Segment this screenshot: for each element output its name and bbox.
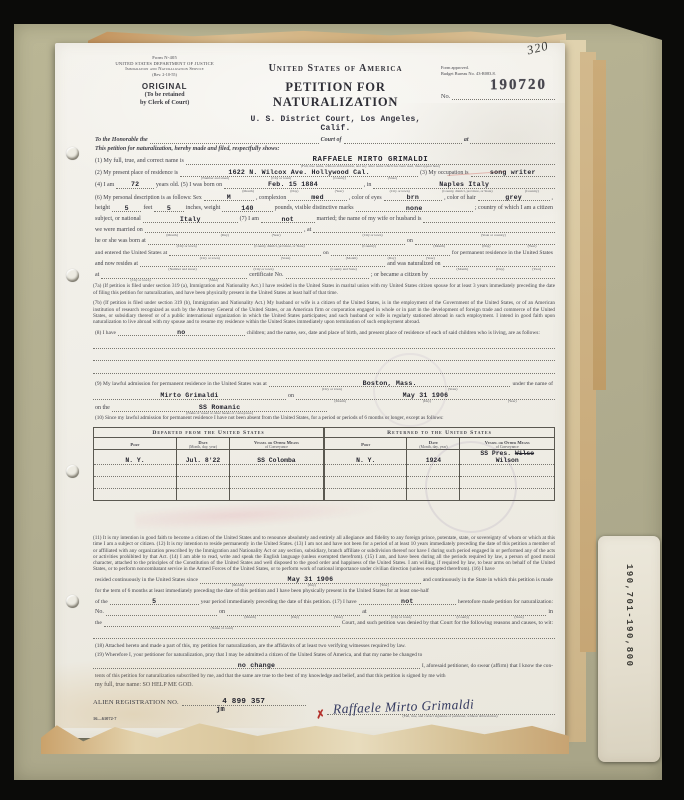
entry-field [423, 217, 555, 223]
typed-value: grey [505, 194, 522, 202]
form-line: of the5year period immediately preceding… [93, 598, 555, 606]
form-line: (9) My lawful admission for permanent re… [93, 380, 555, 388]
entry-field: (City or town)(County)(State) [369, 610, 547, 616]
line-label: on [321, 250, 331, 257]
line-label: at [93, 272, 101, 279]
table-cell [94, 489, 177, 501]
header-right-block: Form approved. Budget Bureau No. 43-R083… [435, 51, 555, 100]
entry-field [150, 138, 319, 144]
form-line: subject, or nationalItaly(7) I amnotmarr… [93, 216, 555, 224]
entry-field [286, 273, 369, 279]
entry-sublabels: (City or town)(State or country) [313, 233, 555, 237]
typed-value: 5 [152, 598, 156, 606]
alien-registration-label: ALIEN REGISTRATION NO. [93, 699, 179, 706]
line-label: certificate No. [247, 272, 285, 279]
line-label: This petition for naturalization, hereby… [93, 146, 282, 153]
form-line [93, 633, 555, 639]
entry-sublabels: (City or town)(County)(State) [369, 615, 547, 619]
form-line: and entered the United States at(City or… [93, 250, 555, 257]
line-label: pounds, visible distinctive marks [273, 205, 356, 212]
line-label: (4) I am [93, 182, 116, 189]
form-line: No.on(Month)(Day)(Year)at(City or town)(… [93, 609, 555, 616]
entry-field [93, 633, 555, 639]
line-label: , in [362, 182, 374, 189]
entry-sublabels: (Month)(Day)(Year) [200, 583, 421, 587]
typed-value: song writer [490, 169, 536, 177]
form-line: he or she was born at(City or town)(Coun… [93, 238, 555, 245]
typed-value: not [401, 598, 413, 606]
entry-field: SS Romanic(Name of vessel or other means… [112, 404, 328, 412]
entry-field: no change [93, 662, 420, 670]
line-label: (2) My present place of residence is [93, 170, 180, 177]
table-cell [176, 489, 229, 501]
petition-lines-3: (9) My lawful admission for permanent re… [93, 380, 555, 422]
form-line: (1) My full, true, and correct name isRA… [93, 156, 555, 165]
entry-field: 5 [112, 205, 141, 213]
table-cell [94, 465, 177, 477]
signature-block: ✗ Raffaele Mirto Grimaldi (Full, true, a… [306, 708, 555, 721]
alien-registration-entry: 4 899 357 [182, 698, 306, 706]
entry-sublabels: (City or town)(County, district, provinc… [148, 244, 405, 248]
entry-field: Boston, Mass.(City or town)(State) [269, 380, 511, 388]
line-label: Court of [319, 137, 344, 144]
line-label: on the [93, 405, 112, 412]
typed-value: med [311, 194, 323, 202]
entry-field: (City or town)(County, district, provinc… [148, 239, 405, 245]
typed-value: 72 [131, 181, 139, 189]
form-line: no changeI, aforesaid petitioner, do swe… [93, 662, 555, 670]
table-cell: Jul. 8'22 [176, 450, 229, 465]
entry-sublabels: (City or town)(State) [269, 387, 511, 391]
entry-field: Naples Italy(City or town)(County, distr… [373, 181, 555, 189]
typed-value: none [406, 205, 423, 213]
table-cell: N. Y. [94, 450, 177, 465]
line-label: he or she was born at [93, 238, 148, 245]
entry-sublabels: (Number and street)(City or town)(County… [180, 176, 418, 180]
entry-field: (Month)(Day)(Year) [331, 250, 450, 256]
entry-field: not [261, 216, 315, 224]
entry-field: no [118, 329, 245, 337]
form-line: (18) Attached hereto and made a part of … [93, 643, 555, 649]
petition-page: 320 Form N-405 UNITED STATES DEPARTMENT … [55, 43, 565, 738]
table-cell [176, 465, 229, 477]
original-label: ORIGINAL [93, 82, 236, 91]
form-line: (4) I am72years old. (5) I was born onFe… [93, 181, 555, 189]
entry-field: 5 [154, 205, 183, 213]
line-label: (9) My lawful admission for permanent re… [93, 381, 269, 387]
typed-value: 5 [125, 205, 129, 213]
table-cell: N. Y. [324, 450, 407, 465]
entry-field: song writer [471, 169, 555, 177]
form-line [93, 368, 555, 374]
line-label: years old. (5) I was born on [154, 182, 224, 189]
line-label: and entered the United States at [93, 250, 169, 257]
entry-field: Mirto Grimaldi [93, 392, 286, 400]
petition-lines-2: (8) I havenochildren; and the name, sex,… [93, 329, 555, 374]
entry-sublabels: (Name of vessel or other means of convey… [112, 411, 328, 415]
petition-number-stamp: 190720 [490, 77, 547, 94]
retained-note-line2: by Clerk of Court) [93, 99, 236, 106]
line-label: resided continuously in the United State… [93, 577, 200, 583]
form-line: Mirto GrimaldionMay 31 1906(Month)(Day)(… [93, 392, 555, 400]
punch-hole [66, 147, 79, 160]
country-heading: United States of America [236, 63, 435, 74]
entry-sublabels: (Full, true name, without abbreviation, … [186, 164, 555, 168]
line-label: , complexion [254, 195, 288, 202]
line-label: I, aforesaid petitioner, do swear (affir… [420, 663, 555, 669]
paragraph-11-16: (11) It is my intention in good faith to… [93, 535, 555, 572]
retained-note-line1: (To be retained [93, 91, 236, 98]
line-label: feet [141, 205, 154, 212]
line-label: , at [302, 227, 313, 234]
table-cell [229, 465, 324, 477]
form-line: (6) My personal description is as follow… [93, 194, 555, 202]
entry-sublabels: (Month)(Day)(Year) [224, 189, 362, 193]
typed-value: no change [238, 662, 275, 670]
entry-field: grey [478, 194, 550, 202]
entry-field: (City or town)(State) [169, 250, 321, 256]
typed-value: Mirto Grimaldi [160, 392, 218, 400]
entry-sublabels: (Month)(Day)(Year) [415, 244, 555, 248]
entry-field: Feb. 15 1884(Month)(Day)(Year) [224, 181, 362, 189]
line-label: of the [93, 599, 110, 605]
punch-hole [66, 595, 79, 608]
clerk-initials: jm [157, 706, 285, 714]
entry-field: (Name of court) [104, 621, 340, 627]
typed-value: Italy [180, 216, 201, 224]
entry-field: M [204, 194, 254, 202]
aged-paper-stack-right-edge [593, 60, 606, 390]
form-line: (2) My present place of residence is1622… [93, 169, 555, 177]
line-label: (8) I have [93, 330, 118, 336]
entry-field: 140 [222, 205, 272, 213]
line-label: (1) My full, true, and correct name is [93, 158, 186, 165]
table-cell [324, 477, 407, 489]
typed-value: 5 [167, 205, 171, 213]
punch-hole [66, 269, 79, 282]
form-line: for the term of 6 months at least immedi… [93, 588, 555, 594]
line-label: To the Honorable the [93, 137, 150, 144]
entry-sublabels: (City or town)(State) [169, 256, 321, 260]
signature-footer: ALIEN REGISTRATION NO. 4 899 357 jm 16—6… [93, 698, 555, 721]
entry-field: (Month)(Day)(Year) [145, 227, 302, 233]
line-label: for permanent residence in the United St… [450, 250, 555, 257]
table-cell [176, 477, 229, 489]
entry-field: (Month)(Day)(Year) [415, 239, 555, 245]
entry-sublabels: (Month)(Day)(Year) [296, 399, 555, 403]
typed-value: not [281, 216, 293, 224]
table-column-header: Date(Month, day, year) [176, 438, 229, 450]
line-label: we were married on [93, 227, 145, 234]
index-tab-range-label: 190,701-190,800 [624, 564, 634, 668]
table-cell [94, 477, 177, 489]
table-section-header: Returned to the United States [324, 428, 555, 438]
table-column-header: Port [94, 438, 177, 450]
entry-field [93, 355, 555, 361]
signature-sublabel: (Full, true, and correct signature of pe… [350, 714, 551, 718]
line-label: heretofore made petition for naturalizat… [456, 599, 555, 605]
line-label: (7) I am [238, 216, 261, 223]
table-section-header: Departed from the United States [94, 428, 324, 438]
entry-field: (Month)(Day)(Year) [227, 610, 360, 616]
alien-registration-number: 4 899 357 [222, 698, 265, 706]
entry-field: (Number and street)(City or town)(County… [140, 261, 385, 267]
entry-field: none [356, 205, 473, 213]
revision-note: (Rev. 2-10-55) [93, 72, 236, 77]
line-label: and was naturalized on [385, 261, 442, 268]
entry-sublabels: (City or town)(State) [101, 278, 247, 282]
entry-field: 72 [116, 181, 154, 189]
table-column-header: Port [324, 438, 407, 450]
line-label: year period immediately preceding the da… [199, 599, 359, 605]
entry-field: (Month)(Day)(Year) [443, 261, 555, 267]
line-label: ; or became a citizen by [369, 272, 430, 279]
line-label: in [546, 609, 555, 616]
entry-field [470, 138, 555, 144]
line-label: subject, or national [93, 216, 143, 223]
header-left-block: Form N-405 UNITED STATES DEPARTMENT OF J… [93, 51, 236, 106]
entry-field: Italy [143, 216, 238, 224]
signature-line: Raffaele Mirto Grimaldi (Full, true, and… [327, 710, 555, 715]
line-label: children; and the name, sex, date and pl… [245, 330, 542, 336]
form-line: the(Name of court)Court, and such petiti… [93, 620, 555, 626]
form-line [93, 355, 555, 361]
line-label: on [217, 609, 227, 616]
entry-field: 5 [110, 598, 199, 606]
paragraph-7a: (7a) (If petition is filed under section… [93, 283, 555, 295]
form-line: on theSS Romanic(Name of vessel or other… [93, 404, 555, 412]
line-label: for the term of 6 months at least immedi… [93, 588, 431, 594]
no-label: No. [441, 93, 450, 100]
line-label: , color of eyes [347, 195, 384, 202]
red-x-mark: ✗ [314, 707, 325, 721]
punch-hole [66, 465, 79, 478]
line-label: Court, and such petition was denied by t… [340, 620, 555, 626]
form-line: resided continuously in the United State… [93, 576, 555, 584]
line-label: inches, weight [184, 205, 223, 212]
line-label: No. [93, 609, 106, 616]
line-label: (6) My personal description is as follow… [93, 195, 204, 202]
form-line: and now resides at(Number and street)(Ci… [93, 261, 555, 268]
entry-field [106, 610, 217, 616]
entry-sublabels: (Month)(Day)(Year) [227, 615, 360, 619]
entry-sublabels: (Name of court) [104, 626, 340, 630]
line-label: on [286, 393, 296, 400]
form-line: (8) I havenochildren; and the name, sex,… [93, 329, 555, 337]
entry-field: 1622 N. Wilcox Ave. Hollywood Cal.(Numbe… [180, 169, 418, 177]
line-label: under the name of [510, 381, 555, 387]
form-line [93, 343, 555, 349]
typed-value: 140 [241, 205, 253, 213]
document-scan: { "colors":{"paper":"#f2f0e9","folder":"… [0, 0, 684, 800]
entry-field [430, 273, 555, 279]
table-cell [229, 477, 324, 489]
entry-field: May 31 1906(Month)(Day)(Year) [296, 392, 555, 400]
entry-field [93, 343, 555, 349]
entry-sublabels: (Month)(Day)(Year) [145, 233, 302, 237]
entry-sublabels: (Month)(Day)(Year) [443, 267, 555, 271]
form-line: at(City or town)(State)certificate No.; … [93, 272, 555, 279]
form-approved-line2: Budget Bureau No. 43-R083.8. [441, 71, 555, 77]
form-line: (10) Since my lawful admission for perma… [93, 416, 555, 422]
entry-field [344, 138, 462, 144]
alien-registration-block: ALIEN REGISTRATION NO. 4 899 357 jm 16—6… [93, 698, 306, 721]
table-cell: SS Colomba [229, 450, 324, 465]
line-label: on [405, 238, 415, 245]
entry-field: (City or town)(State) [101, 273, 247, 279]
entry-sublabels: (Month)(Day)(Year) [331, 256, 450, 260]
entry-field: RAFFAELE MIRTO GRIMALDI(Full, true name,… [186, 156, 555, 165]
index-tab: 190,701-190,800 [598, 536, 660, 762]
entry-field: May 31 1906(Month)(Day)(Year) [200, 576, 421, 584]
entry-sublabels: (City or town)(County, district, provinc… [373, 189, 555, 193]
entry-sublabels: (Number and street)(City or town)(County… [140, 267, 385, 271]
ghost-stamp-circle [425, 441, 517, 533]
entry-field: brn [384, 194, 443, 202]
line-label: and now resides at [93, 261, 140, 268]
form-line: we were married on(Month)(Day)(Year), at… [93, 227, 555, 234]
typed-value: no [177, 329, 185, 337]
line-label: and continuously in the State in which t… [421, 577, 555, 583]
entry-field: med [288, 194, 347, 202]
line-label: the [93, 620, 104, 626]
typed-value: brn [407, 194, 419, 202]
typed-value: M [227, 194, 231, 202]
line-label: at [360, 609, 368, 616]
table-column-header: Vessel or Other Meansof Conveyance [229, 438, 324, 450]
line-label: (18) Attached hereto and made a part of … [93, 643, 408, 649]
entry-field: not [359, 598, 456, 606]
entry-field [93, 368, 555, 374]
table-cell [324, 465, 407, 477]
line-label: height [93, 205, 112, 212]
print-code: 16—61072-7 [93, 716, 306, 721]
paragraph-7b: (7b) (If petition is filed under section… [93, 300, 555, 325]
form-line: To the Honorable theCourt ofat [93, 137, 555, 144]
entry-field: (City or town)(State or country) [313, 227, 555, 233]
